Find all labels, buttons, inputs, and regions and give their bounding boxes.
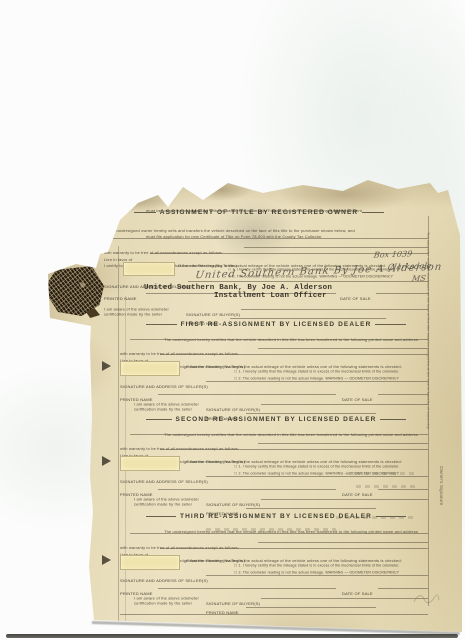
odometer-reading-box <box>123 262 175 276</box>
faint-scribble <box>346 472 416 475</box>
date-of-sale-label: DATE OF SALE <box>340 288 402 306</box>
scanned-title-page: { "labels": { "pre_note": "must be compl… <box>0 0 465 640</box>
printed-name-typed: United Southern Bank, By Joe A. Alderson <box>144 284 332 292</box>
transferee-line <box>130 339 428 340</box>
odometer-reading-box <box>120 361 180 376</box>
section-header: FIRST RE-ASSIGNMENT BY LICENSED DEALER <box>146 321 406 328</box>
faint-scribble <box>412 592 440 606</box>
transferee-line <box>130 434 428 435</box>
section-header: SECOND RE-ASSIGNMENT BY LICENSED DEALER <box>146 416 406 423</box>
arrow-marker <box>102 456 111 466</box>
faint-scribble <box>336 516 416 519</box>
arrow-marker <box>102 361 111 371</box>
arrow-marker <box>102 555 111 565</box>
transferee-line <box>104 238 428 239</box>
faint-scribble <box>356 485 416 488</box>
odometer-reading-box <box>120 456 180 471</box>
faint-scribble <box>206 528 336 531</box>
odometer-reading-box <box>120 555 180 570</box>
scan-bottom-edge <box>6 634 458 638</box>
seller-address-box-handwritten: Box 1039 <box>373 249 413 259</box>
assignment-header: ASSIGNMENT OF TITLE BY REGISTERED OWNER <box>134 209 384 216</box>
assignment-header-text: ASSIGNMENT OF TITLE BY REGISTERED OWNER <box>160 209 358 216</box>
seller-address-state-handwritten: MS <box>411 274 426 283</box>
seller-address-city-handwritten: Clarksdale <box>387 261 432 272</box>
printed-title-typed: Installment Loan Officer <box>214 292 327 300</box>
transferee-line <box>130 533 428 534</box>
